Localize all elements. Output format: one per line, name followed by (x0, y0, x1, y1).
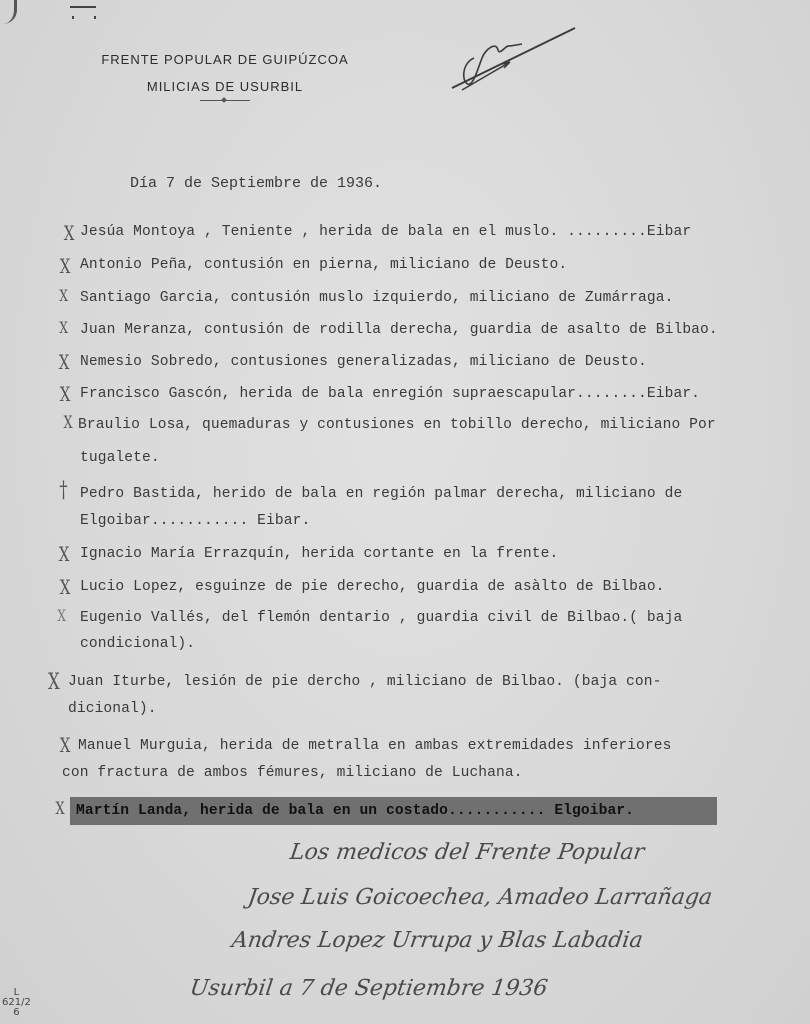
handwritten-place-date: Usurbil a 7 de Septiembre 1936 (188, 976, 549, 1001)
check-mark-icon: X (59, 350, 70, 374)
letterhead-unit: MILICIAS DE USURBIL (70, 79, 380, 94)
handwritten-doctors-names-2: Andres Lopez Urrupa y Blas Labadia (230, 928, 644, 953)
check-mark-icon: X (60, 382, 71, 406)
check-mark-icon: X (48, 670, 60, 695)
archive-reference: L 621/2 6 (2, 988, 31, 1018)
casualty-entry-highlighted: Martín Landa, herida de bala en un costa… (76, 803, 634, 819)
letterhead: FRENTE POPULAR DE GUIPÚZCOA MILICIAS DE … (70, 52, 380, 101)
top-punch-marks (70, 6, 100, 22)
dagger-mark-icon: † (59, 478, 67, 503)
casualty-entry: Jesúa Montoya , Teniente , herida de bal… (80, 224, 691, 240)
casualty-entry: Santiago Garcia, contusión muslo izquier… (80, 290, 673, 306)
casualty-entry: Francisco Gascón, herida de bala enregió… (80, 386, 700, 402)
document-date: Día 7 de Septiembre de 1936. (130, 175, 382, 192)
check-mark-icon: X (59, 542, 70, 566)
check-mark-icon: X (57, 606, 66, 625)
casualty-entry: Juan Meranza, contusión de rodilla derec… (80, 322, 718, 338)
casualty-entry: Pedro Bastida, herido de bala en región … (80, 486, 682, 502)
letterhead-divider (200, 100, 250, 101)
signature-flourish-icon (440, 20, 590, 100)
check-mark-icon: X (60, 733, 71, 757)
casualty-entry-continuation: con fractura de ambos fémures, miliciano… (62, 765, 523, 781)
casualty-entry: Ignacio María Errazquín, herida cortante… (80, 546, 558, 562)
check-mark-icon: X (64, 413, 73, 433)
casualty-entry-continuation: Elgoibar........... Eibar. (80, 513, 310, 529)
check-mark-icon: X (60, 254, 71, 278)
casualty-entry: Manuel Murguia, herida de metralla en am… (78, 738, 671, 754)
check-mark-icon: X (59, 286, 68, 305)
casualty-entry-continuation: condicional). (80, 636, 195, 652)
casualty-entry: Lucio Lopez, esguinze de pie derecho, gu… (80, 579, 665, 595)
casualty-entry: Braulio Losa, quemaduras y contusiones e… (78, 417, 716, 433)
letterhead-organization: FRENTE POPULAR DE GUIPÚZCOA (70, 52, 380, 67)
handwritten-doctors-names-1: Jose Luis Goicoechea, Amadeo Larrañaga (246, 885, 714, 910)
casualty-entry: Juan Iturbe, lesión de pie dercho , mili… (68, 674, 661, 690)
casualty-entry: Eugenio Vallés, del flemón dentario , gu… (80, 610, 682, 626)
check-mark-icon: X (56, 799, 65, 819)
handwritten-doctors-heading: Los medicos del Frente Popular (288, 840, 646, 865)
page-corner-mark (0, 0, 17, 24)
document-page: FRENTE POPULAR DE GUIPÚZCOA MILICIAS DE … (0, 0, 810, 1024)
casualty-entry: Nemesio Sobredo, contusiones generalizad… (80, 354, 647, 370)
casualty-entry-continuation: tugalete. (80, 450, 160, 466)
check-mark-icon: X (64, 221, 75, 245)
casualty-entry-continuation: dicional). (68, 701, 157, 717)
check-mark-icon: X (59, 318, 68, 337)
casualty-entry: Antonio Peña, contusión en pierna, milic… (80, 257, 567, 273)
check-mark-icon: X (60, 575, 71, 599)
archive-ref-page: 6 (2, 1008, 31, 1018)
